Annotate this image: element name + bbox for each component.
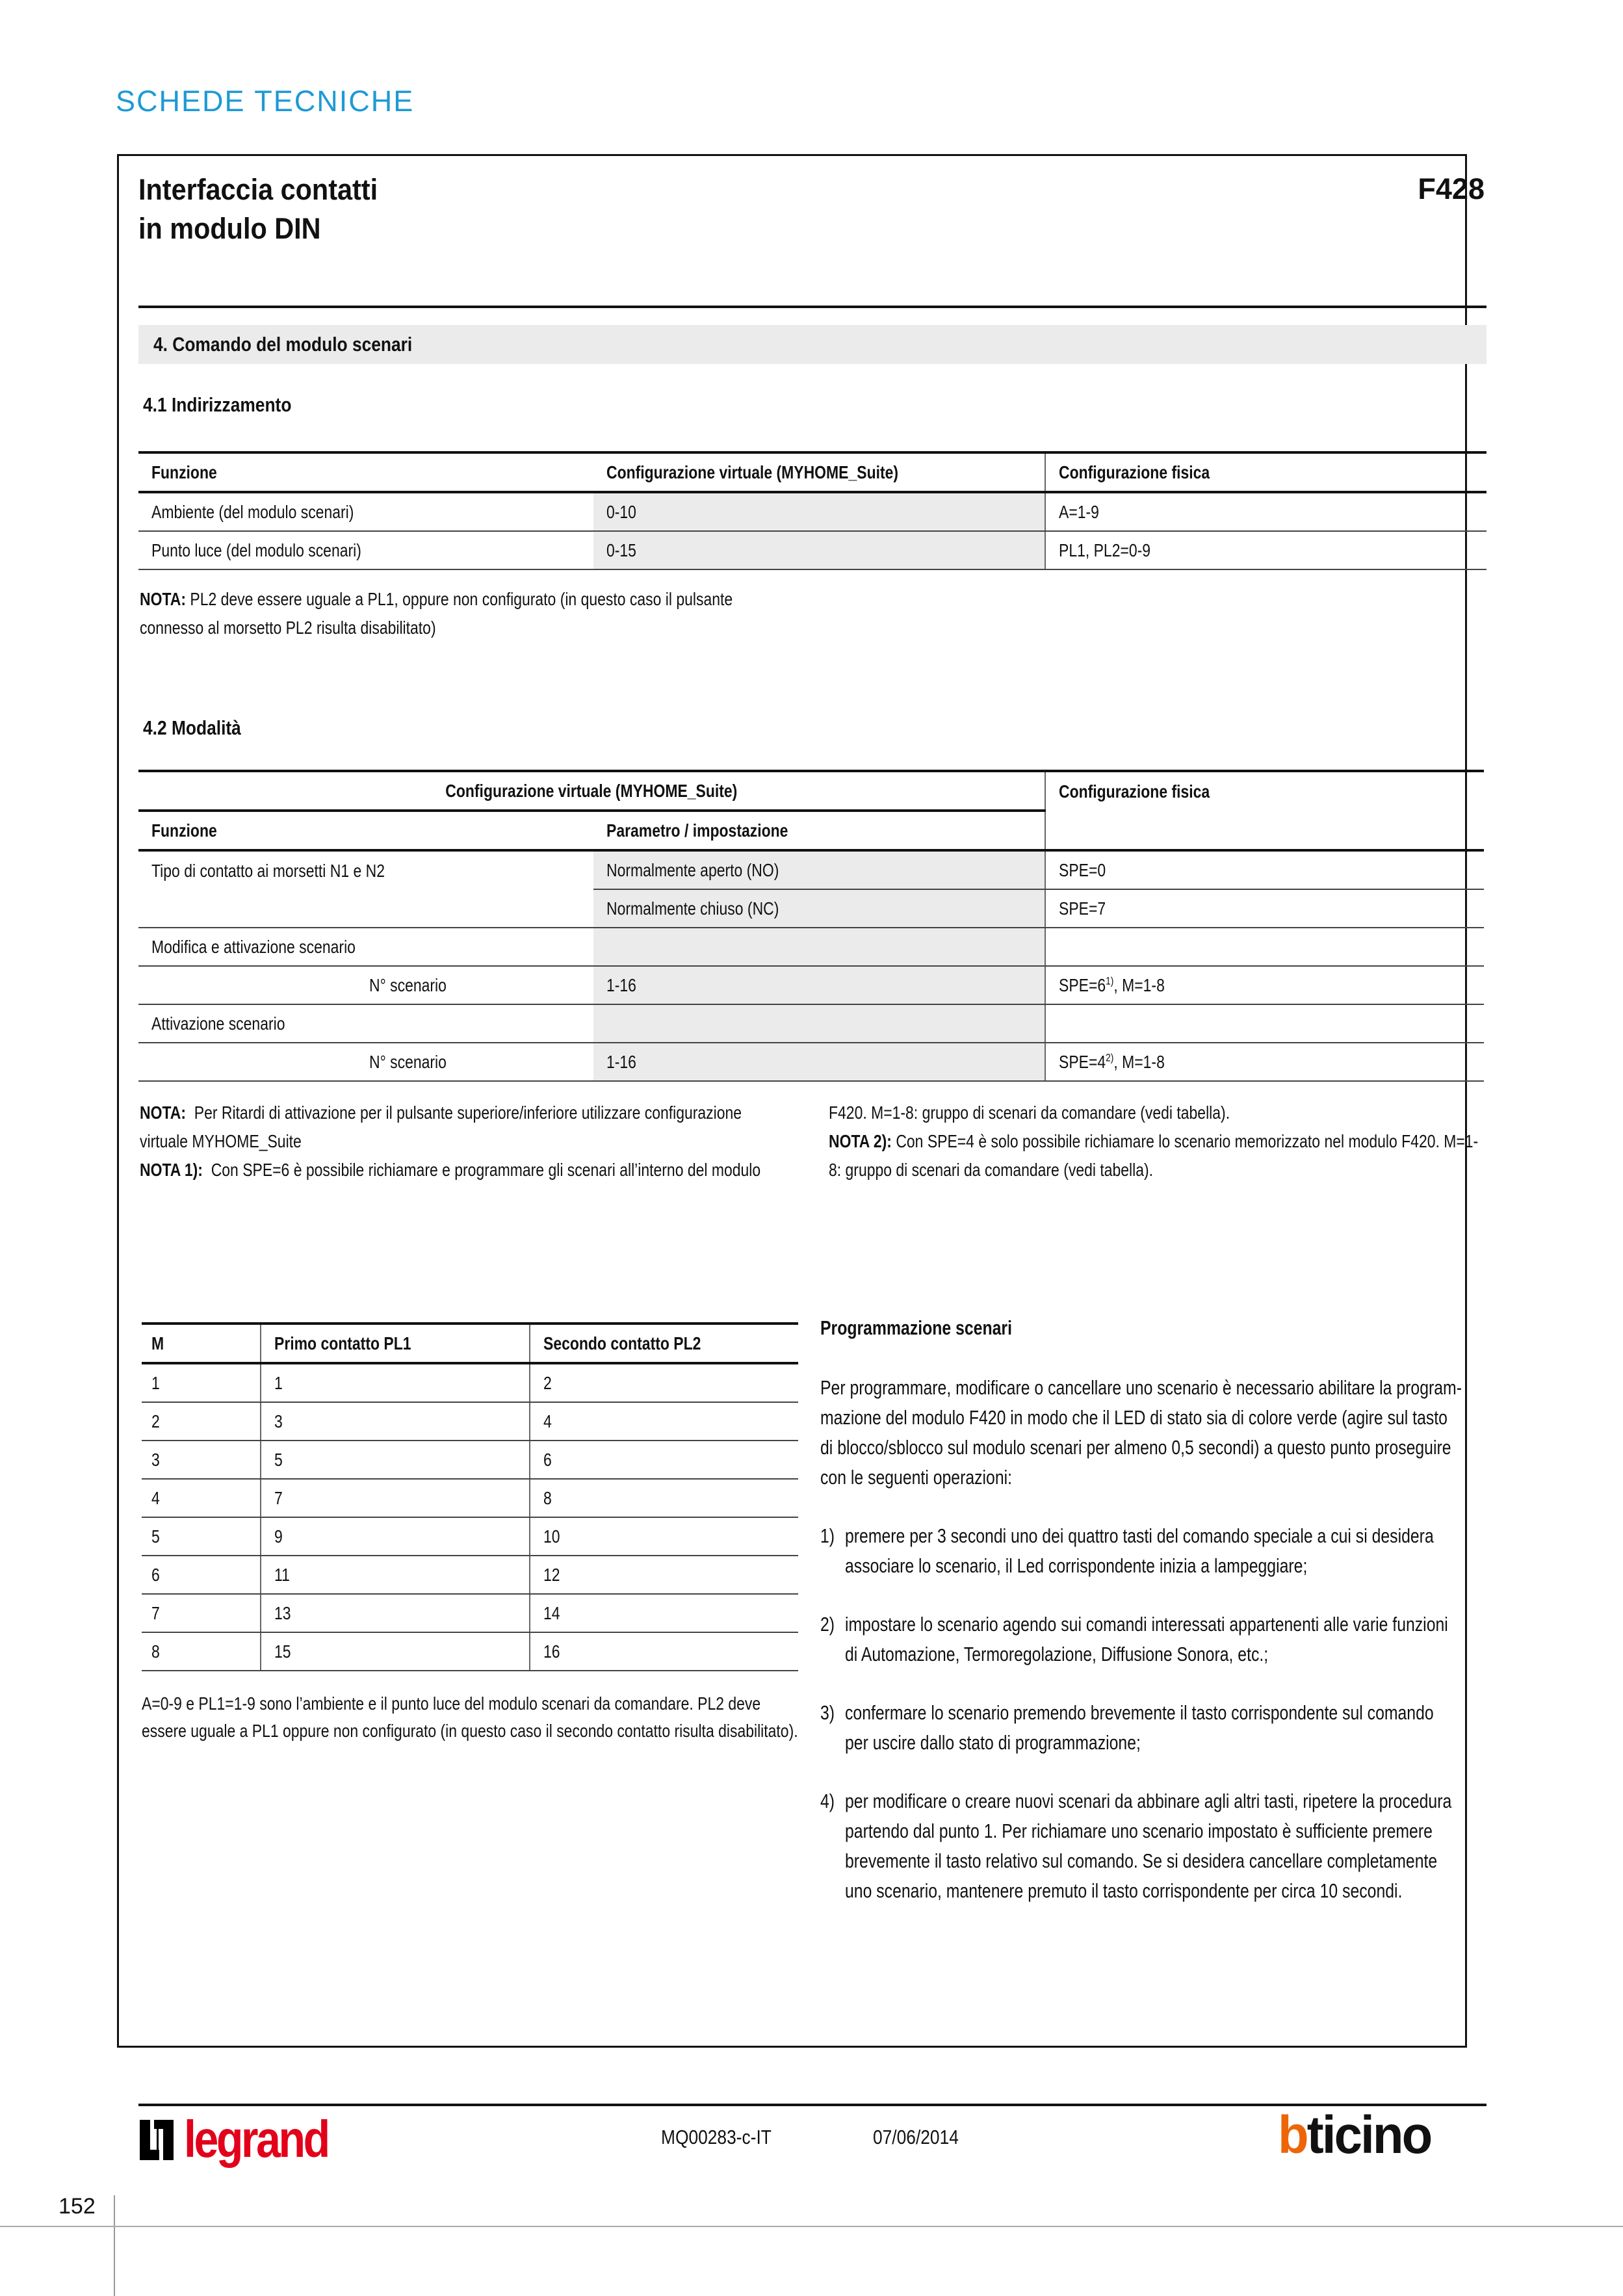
- m-table-caption: A=0-9 e PL1=1-9 sono l’ambiente e il pun…: [142, 1690, 805, 1745]
- legrand-wordmark: legrand: [184, 2109, 328, 2169]
- cell: 6: [151, 1565, 160, 1585]
- list-item: 1)premere per 3 secondi uno dei quattro …: [820, 1521, 1490, 1581]
- header-divider: [138, 306, 1487, 308]
- column-header: Secondo contatto PL2: [543, 1333, 701, 1354]
- caption-text: A=0-9 e PL1=1-9 sono l’ambiente e il pun…: [142, 1690, 760, 1717]
- addressing-title: 4.1 Indirizzamento: [143, 393, 291, 417]
- table-row: N° scenario 1-16 SPE=61), M=1-8: [138, 966, 1484, 1004]
- table-row: 81516: [142, 1632, 798, 1671]
- cell: Normalmente aperto (NO): [606, 860, 779, 881]
- note-label: NOTA:: [140, 1102, 186, 1123]
- note-text: F420. M=1-8: gruppo di scenari da comand…: [829, 1099, 1230, 1127]
- cell: SPE=7: [1059, 898, 1106, 919]
- table-row: 112: [142, 1363, 798, 1402]
- cell: A=1-9: [1059, 502, 1099, 523]
- cell: 3: [274, 1411, 283, 1432]
- table-row: Ambiente (del modulo scenari) 0-10 A=1-9: [138, 492, 1487, 531]
- product-title-line2: in modulo DIN: [138, 209, 378, 248]
- margin-rule-vertical: [114, 2195, 115, 2296]
- programming-title: Programmazione scenari: [820, 1313, 1356, 1343]
- legrand-mark-icon: [140, 2120, 174, 2160]
- table-row: Modifica e attivazione scenario: [138, 928, 1484, 966]
- table-row: 478: [142, 1479, 798, 1517]
- note-text: virtuale MYHOME_Suite: [140, 1127, 302, 1156]
- list-item: 4)per modificare o creare nuovi scenari …: [820, 1786, 1490, 1906]
- cell: 0-10: [606, 502, 636, 523]
- product-title: Interfaccia contatti in modulo DIN: [138, 170, 378, 248]
- cell: 8: [543, 1488, 552, 1509]
- document-date: 07/06/2014: [873, 2126, 959, 2149]
- cell: 15: [274, 1641, 291, 1662]
- table-row: 234: [142, 1402, 798, 1441]
- note-text: Con SPE=4 è solo possibile richiamare lo…: [896, 1131, 1478, 1151]
- programming-steps: 1)premere per 3 secondi uno dei quattro …: [820, 1521, 1490, 1906]
- cell: 5: [274, 1450, 283, 1470]
- modes-table: Configurazione virtuale (MYHOME_Suite) C…: [138, 770, 1484, 1082]
- list-item-line: partendo dal punto 1. Per richiamare uno…: [845, 1816, 1361, 1846]
- product-code: F428: [1418, 172, 1485, 206]
- paragraph-line: Per programmare, modificare o cancellare…: [820, 1373, 1356, 1403]
- cell: PL1, PL2=0-9: [1059, 540, 1150, 561]
- addressing-note: NOTA: PL2 deve essere uguale a PL1, oppu…: [140, 585, 803, 642]
- margin-rule-horizontal: [0, 2226, 1623, 2227]
- list-number: 2): [820, 1610, 835, 1639]
- table-row: 71314: [142, 1594, 798, 1632]
- cell: 12: [543, 1565, 560, 1585]
- column-header: Configurazione virtuale (MYHOME_Suite): [606, 462, 898, 483]
- note-label: NOTA:: [140, 589, 186, 609]
- cell: 6: [543, 1450, 552, 1470]
- section-title: 4. Comando del modulo scenari: [153, 333, 412, 356]
- note-text: PL2 deve essere uguale a PL1, oppure non…: [190, 589, 733, 609]
- product-title-line1: Interfaccia contatti: [138, 170, 378, 209]
- cell: 7: [151, 1603, 160, 1624]
- cell: 1-16: [606, 1052, 636, 1073]
- cell: 13: [274, 1603, 291, 1624]
- cell: Modifica e attivazione scenario: [151, 937, 356, 958]
- section-heading: 4. Comando del modulo scenari: [138, 325, 1487, 364]
- caption-text: essere uguale a PL1 oppure non configura…: [142, 1717, 798, 1745]
- paragraph-line: mazione del modulo F420 in modo che il L…: [820, 1403, 1356, 1433]
- cell: SPE=61), M=1-8: [1059, 975, 1165, 996]
- column-header: Funzione: [151, 462, 217, 483]
- column-header: Primo contatto PL1: [274, 1333, 411, 1354]
- list-item-line: per uscire dallo stato di programmazione…: [845, 1728, 1361, 1758]
- table-row: Punto luce (del modulo scenari) 0-15 PL1…: [138, 531, 1487, 569]
- column-group-header: Configurazione virtuale (MYHOME_Suite): [445, 781, 737, 802]
- cell: Normalmente chiuso (NC): [606, 898, 779, 919]
- note-text: Con SPE=6 è possibile richiamare e progr…: [211, 1160, 760, 1180]
- column-header: Configurazione fisica: [1059, 462, 1210, 483]
- cell: Attivazione scenario: [151, 1013, 285, 1034]
- cell: 4: [151, 1488, 160, 1509]
- m-table: M Primo contatto PL1 Secondo contatto PL…: [142, 1322, 798, 1671]
- page-number: 152: [58, 2194, 96, 2219]
- cell: 1-16: [606, 975, 636, 996]
- column-header: Funzione: [151, 820, 217, 841]
- table-header-row: Funzione Configurazione virtuale (MYHOME…: [138, 452, 1487, 492]
- programming-section: Programmazione scenari Per programmare, …: [820, 1313, 1490, 1935]
- note-label: NOTA 1):: [140, 1160, 203, 1180]
- note-label: NOTA 2):: [829, 1131, 892, 1151]
- note-text: 8: gruppo di scenari da comandare (vedi …: [829, 1156, 1153, 1184]
- cell: 14: [543, 1603, 560, 1624]
- programming-intro: Per programmare, modificare o cancellare…: [820, 1373, 1490, 1493]
- list-item-line: premere per 3 secondi uno dei quattro ta…: [845, 1521, 1361, 1551]
- table-row: 61112: [142, 1556, 798, 1594]
- cell: 5: [151, 1526, 160, 1547]
- cell: N° scenario: [369, 975, 447, 996]
- modes-title: 4.2 Modalità: [143, 716, 241, 740]
- cell: SPE=0: [1059, 860, 1106, 881]
- cell: N° scenario: [369, 1052, 447, 1073]
- list-item-line: associare lo scenario, il Led corrispond…: [845, 1551, 1361, 1581]
- column-header: Parametro / impostazione: [606, 820, 788, 841]
- addressing-table: Funzione Configurazione virtuale (MYHOME…: [138, 451, 1487, 570]
- table-group-header-row: Configurazione virtuale (MYHOME_Suite) C…: [138, 771, 1484, 811]
- list-number: 4): [820, 1786, 835, 1816]
- modes-notes-right: F420. M=1-8: gruppo di scenari da comand…: [829, 1099, 1485, 1184]
- cell: 1: [151, 1373, 160, 1394]
- column-header: Configurazione fisica: [1059, 781, 1210, 802]
- table-row: Attivazione scenario: [138, 1004, 1484, 1043]
- paragraph-line: con le seguenti operazioni:: [820, 1463, 1356, 1493]
- list-item-line: brevemente il tasto relativo sul comando…: [845, 1846, 1361, 1876]
- document-reference: MQ00283-c-IT: [661, 2126, 772, 2149]
- cell: 11: [274, 1565, 290, 1585]
- paragraph-line: di blocco/sblocco sul modulo scenari per…: [820, 1433, 1356, 1463]
- table-row: Tipo di contatto ai morsetti N1 e N2 Nor…: [138, 850, 1484, 889]
- cell: 16: [543, 1641, 560, 1662]
- cell: Tipo di contatto ai morsetti N1 e N2: [151, 861, 385, 881]
- table-row: 5910: [142, 1517, 798, 1556]
- list-number: 1): [820, 1521, 835, 1551]
- cell: 0-15: [606, 540, 636, 561]
- section-label: SCHEDE TECNICHE: [116, 85, 414, 118]
- list-item-line: impostare lo scenario agendo sui comandi…: [845, 1610, 1361, 1639]
- column-header: M: [151, 1333, 164, 1354]
- legrand-logo: legrand: [140, 2115, 354, 2167]
- cell: 4: [543, 1411, 552, 1432]
- cell: Ambiente (del modulo scenari): [151, 502, 354, 523]
- cell: Punto luce (del modulo scenari): [151, 540, 361, 561]
- list-item-line: per modificare o creare nuovi scenari da…: [845, 1786, 1361, 1816]
- cell: 2: [151, 1411, 160, 1432]
- note-text: Per Ritardi di attivazione per il pulsan…: [194, 1102, 742, 1123]
- cell: 7: [274, 1488, 283, 1509]
- cell: 9: [274, 1526, 283, 1547]
- list-item-line: di Automazione, Termoregolazione, Diffus…: [845, 1639, 1361, 1669]
- table-row: N° scenario 1-16 SPE=42), M=1-8: [138, 1043, 1484, 1081]
- cell: 3: [151, 1450, 160, 1470]
- list-number: 3): [820, 1698, 835, 1728]
- cell: 8: [151, 1641, 160, 1662]
- list-item: 3)confermare lo scenario premendo brevem…: [820, 1698, 1490, 1758]
- note-text: connesso al morsetto PL2 risulta disabil…: [140, 614, 436, 642]
- cell: SPE=42), M=1-8: [1059, 1052, 1165, 1073]
- cell: 1: [274, 1373, 283, 1394]
- table-header-row: M Primo contatto PL1 Secondo contatto PL…: [142, 1324, 798, 1363]
- m-table-body: 1122343564785910611127131481516: [142, 1363, 798, 1671]
- modes-notes-left: NOTA: Per Ritardi di attivazione per il …: [140, 1099, 803, 1184]
- list-item-line: confermare lo scenario premendo brevemen…: [845, 1698, 1361, 1728]
- list-item: 2)impostare lo scenario agendo sui coman…: [820, 1610, 1490, 1669]
- table-row: 356: [142, 1441, 798, 1479]
- list-item-line: uno scenario, mantenere premuto il tasto…: [845, 1876, 1361, 1906]
- cell: 10: [543, 1526, 560, 1547]
- bticino-wordmark: bticino: [1278, 2105, 1431, 2166]
- cell: 2: [543, 1373, 552, 1394]
